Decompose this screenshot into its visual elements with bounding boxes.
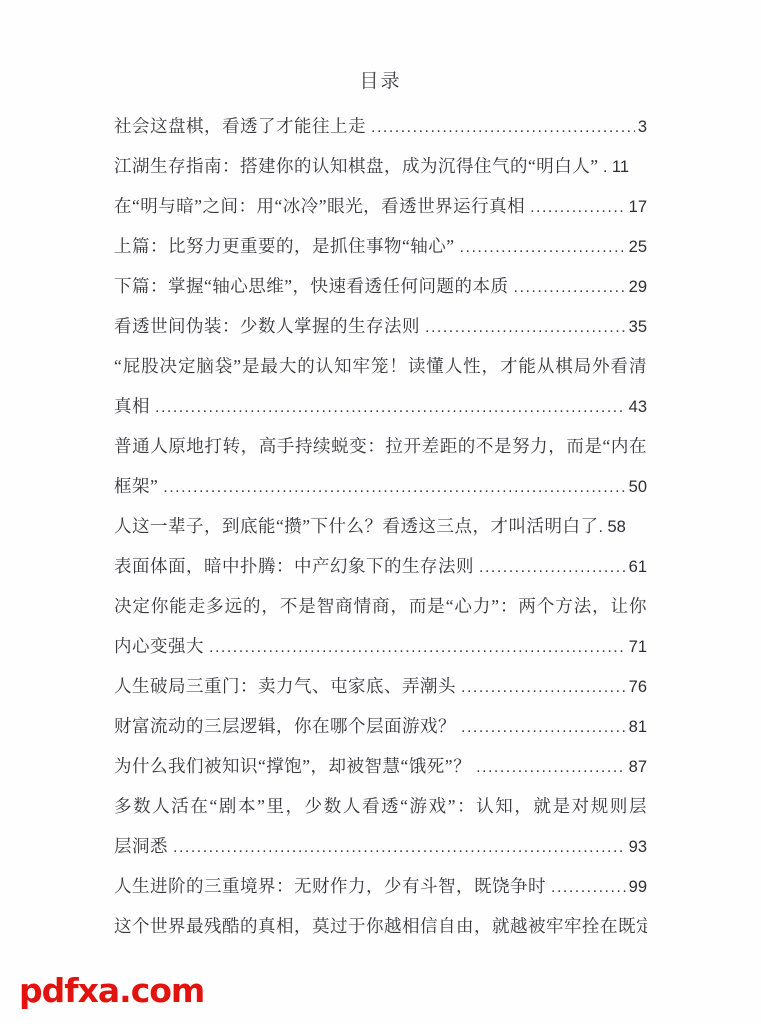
toc-entry-text: 多数人活在“剧本”里，少数人看透“游戏”：认知，就是对规则层 bbox=[114, 796, 647, 816]
toc-entry: 人生破局三重门：卖力气、屯家底、弄潮头 76 bbox=[114, 666, 647, 706]
dot-leader bbox=[461, 666, 626, 706]
dot-leader bbox=[371, 106, 635, 146]
toc-entry: 层洞悉 93 bbox=[114, 826, 647, 866]
dot-leader bbox=[551, 866, 626, 906]
toc-entry-text: 框架” bbox=[114, 466, 158, 506]
dot-leader bbox=[476, 746, 626, 786]
dot-leader bbox=[209, 626, 626, 666]
toc-entry-text: 这个世界最残酷的真相，莫过于你越相信自由，就越被牢牢拴在既定 bbox=[114, 916, 647, 936]
toc-entry-text: 内心变强大 bbox=[114, 626, 204, 666]
toc-entry: 人生进阶的三重境界：无财作力，少有斗智，既饶争时 99 bbox=[114, 866, 647, 906]
toc-entry: 江湖生存指南：搭建你的认知棋盘，成为沉得住气的“明白人” . 11 bbox=[114, 146, 647, 186]
table-of-contents: 社会这盘棋，看透了才能往上走 3 江湖生存指南：搭建你的认知棋盘，成为沉得住气的… bbox=[114, 106, 647, 946]
toc-entry: 表面体面，暗中扑腾：中产幻象下的生存法则 61 bbox=[114, 546, 647, 586]
dot-leader bbox=[173, 826, 626, 866]
toc-entry-text: 江湖生存指南：搭建你的认知棋盘，成为沉得住气的“明白人” bbox=[114, 146, 599, 186]
toc-entry: “屁股决定脑袋”是最大的认知牢笼！读懂人性，才能从棋局外看清 bbox=[114, 346, 647, 386]
page-number: 58 bbox=[607, 507, 625, 546]
toc-entry: 多数人活在“剧本”里，少数人看透“游戏”：认知，就是对规则层 bbox=[114, 786, 647, 826]
toc-entry-text: 真相 bbox=[114, 386, 150, 426]
separator: . bbox=[599, 148, 612, 186]
toc-entry-text: 为什么我们被知识“撑饱”，却被智慧“饿死”？ bbox=[114, 746, 471, 786]
page-title: 目录 bbox=[114, 66, 647, 93]
page-number: 93 bbox=[629, 827, 647, 866]
toc-entry: 上篇：比努力更重要的，是抓住事物“轴心” 25 bbox=[114, 226, 647, 266]
toc-entry: 内心变强大 71 bbox=[114, 626, 647, 666]
page-number: 11 bbox=[612, 147, 629, 186]
toc-entry-text: 人生进阶的三重境界：无财作力，少有斗智，既饶争时 bbox=[114, 866, 546, 906]
toc-entry-text: 表面体面，暗中扑腾：中产幻象下的生存法则 bbox=[114, 546, 474, 586]
toc-entry: 决定你能走多远的，不是智商情商，而是“心力”：两个方法，让你 bbox=[114, 586, 647, 626]
page-number: 17 bbox=[629, 187, 647, 226]
toc-entry-text: 财富流动的三层逻辑，你在哪个层面游戏？ bbox=[114, 706, 456, 746]
dot-leader bbox=[530, 186, 626, 226]
page-number: 43 bbox=[629, 387, 647, 426]
toc-entry: 社会这盘棋，看透了才能往上走 3 bbox=[114, 106, 647, 146]
page-number: 25 bbox=[629, 227, 647, 266]
toc-entry: 这个世界最残酷的真相，莫过于你越相信自由，就越被牢牢拴在既定 bbox=[114, 906, 647, 946]
watermark-text: pdfxa.com bbox=[19, 971, 204, 1010]
page-number: 81 bbox=[629, 707, 647, 746]
page-number: 3 bbox=[638, 107, 647, 146]
page-number: 29 bbox=[629, 267, 647, 306]
toc-entry: 下篇：掌握“轴心思维”，快速看透任何问题的本质 29 bbox=[114, 266, 647, 306]
page-number: 35 bbox=[629, 307, 647, 346]
page-number: 76 bbox=[629, 667, 647, 706]
page-number: 87 bbox=[629, 747, 647, 786]
toc-entry: 财富流动的三层逻辑，你在哪个层面游戏？ 81 bbox=[114, 706, 647, 746]
dot-leader bbox=[461, 706, 626, 746]
page-number: 71 bbox=[629, 627, 647, 666]
dot-leader bbox=[460, 226, 626, 266]
toc-entry-text: 层洞悉 bbox=[114, 826, 168, 866]
dot-leader bbox=[514, 266, 626, 306]
toc-entry: 真相 43 bbox=[114, 386, 647, 426]
toc-entry: 人这一辈子，到底能“攒”下什么？看透这三点，才叫活明白了 . 58 bbox=[114, 506, 647, 546]
toc-entry-text: 社会这盘棋，看透了才能往上走 bbox=[114, 106, 366, 146]
toc-entry-text: 下篇：掌握“轴心思维”，快速看透任何问题的本质 bbox=[114, 266, 509, 306]
page-number: 50 bbox=[629, 467, 647, 506]
toc-entry: 普通人原地打转，高手持续蜕变：拉开差距的不是努力，而是“内在 bbox=[114, 426, 647, 466]
toc-entry-text: 上篇：比努力更重要的，是抓住事物“轴心” bbox=[114, 226, 455, 266]
toc-entry-text: 人这一辈子，到底能“攒”下什么？看透这三点，才叫活明白了 bbox=[114, 506, 599, 546]
dot-leader bbox=[425, 306, 626, 346]
toc-entry: 在“明与暗”之间：用“冰冷”眼光，看透世界运行真相 17 bbox=[114, 186, 647, 226]
toc-entry-text: 普通人原地打转，高手持续蜕变：拉开差距的不是努力，而是“内在 bbox=[114, 436, 647, 456]
dot-leader bbox=[155, 386, 626, 426]
toc-entry: 看透世间伪装：少数人掌握的生存法则 35 bbox=[114, 306, 647, 346]
toc-entry-text: “屁股决定脑袋”是最大的认知牢笼！读懂人性，才能从棋局外看清 bbox=[114, 356, 647, 376]
dot-leader bbox=[479, 546, 626, 586]
toc-entry-text: 看透世间伪装：少数人掌握的生存法则 bbox=[114, 306, 420, 346]
toc-entry-text: 人生破局三重门：卖力气、屯家底、弄潮头 bbox=[114, 666, 456, 706]
toc-entry-text: 在“明与暗”之间：用“冰冷”眼光，看透世界运行真相 bbox=[114, 186, 525, 226]
toc-entry: 框架” 50 bbox=[114, 466, 647, 506]
page-number: 61 bbox=[629, 547, 647, 586]
toc-entry: 为什么我们被知识“撑饱”，却被智慧“饿死”？ 87 bbox=[114, 746, 647, 786]
dot-leader bbox=[163, 466, 625, 506]
page-number: 99 bbox=[629, 867, 647, 906]
separator: . bbox=[599, 508, 608, 546]
toc-entry-text: 决定你能走多远的，不是智商情商，而是“心力”：两个方法，让你 bbox=[114, 596, 647, 616]
